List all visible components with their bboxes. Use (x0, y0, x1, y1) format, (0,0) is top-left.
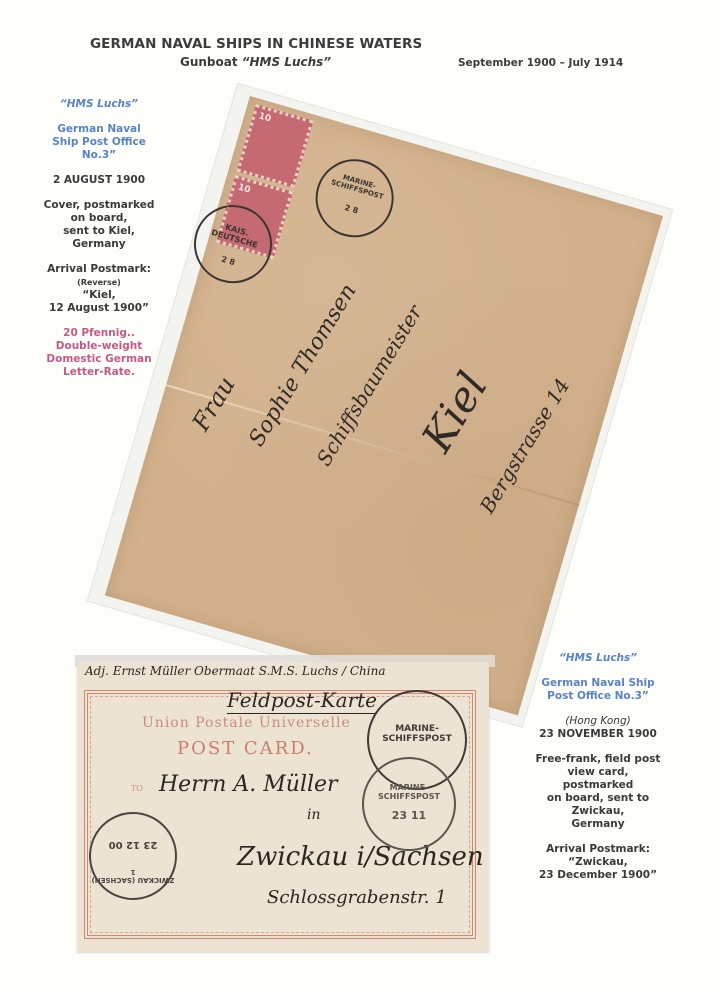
left-office-line: Ship Post Office (52, 136, 146, 148)
right-ship-name: “HMS Luchs” (518, 652, 678, 665)
left-ship-name: “HMS Luchs” (24, 98, 174, 111)
postcard-ship-postmark-2: MARINE-SCHIFFSPOST 23 11 (362, 757, 456, 851)
postmark-date: 2 8 (191, 246, 265, 275)
postcard-label: POST CARD. (177, 738, 314, 759)
left-date: 2 AUGUST 1900 (24, 174, 174, 187)
left-desc-line: on board, (71, 212, 128, 224)
right-desc-line: Zwickau, (572, 805, 625, 817)
left-annotation: “HMS Luchs” German Naval Ship Post Offic… (24, 98, 174, 391)
right-date: 23 NOVEMBER 1900 (539, 728, 657, 740)
left-office-line: No.3” (82, 149, 116, 161)
left-post-office: German Naval Ship Post Office No.3” (24, 123, 174, 162)
stamp-value: 10 (237, 182, 252, 195)
left-rate-line: Double-weight (56, 340, 142, 352)
postcard-addressee: Herrn A. Müller (159, 772, 338, 797)
left-arrival-line: “Kiel, (82, 289, 115, 301)
stamp-value: 10 (257, 111, 272, 124)
right-arrival-line: 23 December 1900” (539, 869, 657, 881)
left-desc-line: sent to Kiel, (63, 225, 135, 237)
left-desc-line: Cover, postmarked (44, 199, 155, 211)
cover-address-city: Kiel (412, 364, 497, 460)
page-subtitle: Gunboat “HMS Luchs” (180, 55, 331, 69)
left-rate: 20 Pfennig.. Double-weight Domestic Germ… (24, 327, 174, 379)
page-title: GERMAN NAVAL SHIPS IN CHINESE WATERS (90, 36, 430, 52)
postcard-to-label: TO (131, 784, 143, 793)
postcard: Adj. Ernst Müller Obermaat S.M.S. Luchs … (77, 662, 489, 952)
postmark-text: MARINE-SCHIFFSPOST (369, 724, 465, 744)
left-description: Cover, postmarked on board, sent to Kiel… (24, 199, 174, 251)
right-description: Free-frank, field post view card, postma… (518, 753, 678, 831)
right-annotation: “HMS Luchs” German Naval Ship Post Offic… (518, 652, 678, 894)
left-arrival-label: Arrival Postmark: (47, 263, 151, 275)
postcard-street: Schlossgrabenstr. 1 (267, 887, 447, 908)
postmark-date: 23 11 (364, 809, 454, 822)
postcard-sender: Adj. Ernst Müller Obermaat S.M.S. Luchs … (85, 664, 385, 678)
right-arrival-line: “Zwickau, (568, 856, 628, 868)
left-desc-line: Germany (72, 238, 125, 250)
right-desc-line: on board, sent to (547, 792, 649, 804)
date-range: September 1900 – July 1914 (458, 57, 623, 69)
postmark-text: MARINE-SCHIFFSPOST (364, 783, 454, 801)
right-desc-line: Free-frank, field post (536, 753, 661, 765)
right-desc-line: view card, (568, 766, 629, 778)
postcard-in: in (307, 807, 321, 823)
right-office-line: German Naval Ship (541, 677, 654, 689)
postcard-feldpost: Feldpost-Karte (227, 688, 377, 714)
left-rate-line: 20 Pfennig.. (63, 327, 135, 339)
subtitle-prefix: Gunboat (180, 55, 242, 69)
postmark-prefix: KAIS. DEUTSCHE (198, 216, 274, 254)
left-arrival-note: (Reverse) (77, 278, 121, 287)
right-office-line: Post Office No.3” (547, 690, 649, 702)
left-rate-line: Letter-Rate. (63, 366, 135, 378)
postcard-city: Zwickau i/Sachsen (237, 842, 484, 872)
postcard-arrival-postmark: ZWICKAU (SACHSEN) 1 23 12 00 (89, 812, 177, 900)
left-arrival: Arrival Postmark: (Reverse) “Kiel, 12 Au… (24, 263, 174, 315)
left-office-line: German Naval (57, 123, 140, 135)
left-rate-line: Domestic German (46, 353, 151, 365)
right-desc-line: Germany (571, 818, 624, 830)
right-arrival: Arrival Postmark: “Zwickau, 23 December … (518, 843, 678, 882)
subtitle-ship: “HMS Luchs” (242, 55, 331, 69)
right-arrival-label: Arrival Postmark: (546, 843, 650, 855)
cover-postmark-right: MARINE-SCHIFFSPOST 2 8 (306, 150, 403, 247)
postmark-date: 23 12 00 (91, 839, 175, 850)
right-location-date: (Hong Kong) 23 NOVEMBER 1900 (518, 715, 678, 741)
right-desc-line: postmarked (563, 779, 634, 791)
postmark-text: ZWICKAU (SACHSEN) 1 (91, 868, 175, 884)
postcard-union: Union Postale Universelle (142, 715, 351, 731)
right-post-office: German Naval Ship Post Office No.3” (518, 677, 678, 703)
left-arrival-line: 12 August 1900” (49, 302, 149, 314)
stamp-top: 10 (236, 104, 313, 188)
right-location: (Hong Kong) (565, 715, 630, 727)
